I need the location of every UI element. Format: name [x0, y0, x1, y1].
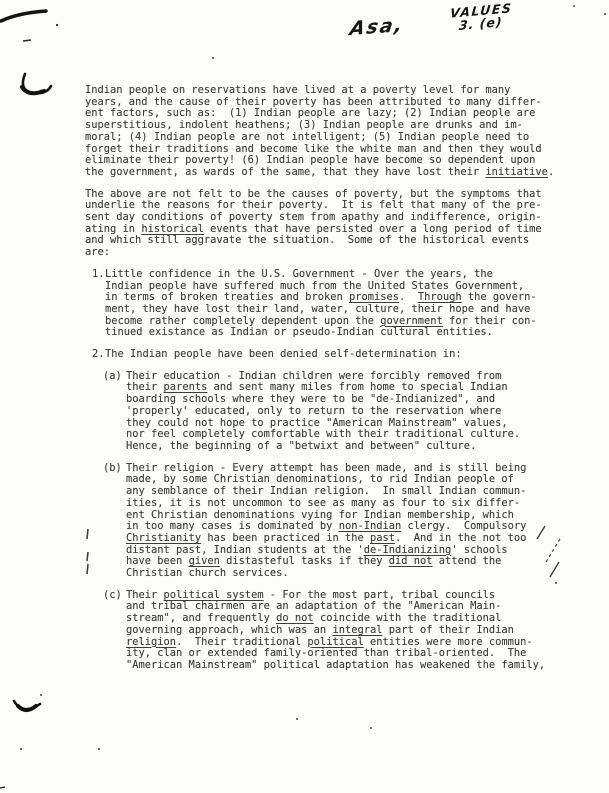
- scan-speck: [604, 13, 606, 15]
- underlined-text: de-Indianizing: [364, 544, 452, 556]
- underlined-text: given: [189, 555, 220, 567]
- numbered-item: 2.The Indian people have been denied sel…: [92, 349, 571, 361]
- underlined-text: initiative: [485, 166, 548, 178]
- text-lines: Their political system - For the most pa…: [126, 590, 571, 672]
- underlined-text: non-Indian: [339, 520, 402, 532]
- text-lines: Their education - Indian children were f…: [126, 371, 571, 453]
- scan-speck: [40, 694, 42, 696]
- text-line: the government, as wards of the same, th…: [85, 167, 571, 179]
- pen-hook-upper-left: [23, 74, 51, 93]
- pen-hook-lower-left: [14, 701, 40, 709]
- lettered-subitem: (c)Their political system - For the most…: [103, 590, 571, 672]
- item-number: 1.: [92, 269, 105, 339]
- pen-hook-upper-left-heavy: [22, 87, 44, 93]
- text-line: and which still aggravate the situation.…: [85, 235, 571, 247]
- scan-speck: [296, 718, 298, 720]
- underlined-text: do not: [276, 612, 314, 624]
- text-line: Little confidence in the U.S. Government…: [105, 269, 571, 281]
- pen-dash-top-left: [23, 40, 31, 41]
- typewritten-text: Indian people on reservations have lived…: [85, 85, 571, 682]
- paragraph: The above are not felt to be the causes …: [85, 189, 571, 259]
- scan-speck: [573, 5, 575, 7]
- text-lines: The above are not felt to be the causes …: [85, 189, 571, 259]
- underlined-text: past: [370, 532, 395, 544]
- text-line: Hence, the beginning of a "betwixt and b…: [126, 441, 571, 453]
- text-line: "American Mainstream" political adaptati…: [126, 660, 571, 672]
- text-line: ment, they have lost their land, water, …: [105, 304, 571, 316]
- text-line: ities, it is not uncommon to see as many…: [126, 498, 571, 510]
- item-letter: (b): [103, 463, 126, 580]
- scanned-document-page: Asa, VALUES 3. (e) Indian people on rese…: [0, 0, 609, 793]
- underlined-text: historical: [141, 223, 204, 235]
- text-lines: Their religion - Every attempt has been …: [126, 463, 571, 580]
- item-letter: (c): [103, 590, 126, 672]
- text-line: are:: [85, 247, 571, 259]
- underlined-text: government: [380, 315, 443, 327]
- underlined-text: did not: [389, 555, 433, 567]
- scan-speck: [98, 748, 100, 750]
- text-line: Christianity has been practiced in the p…: [126, 533, 571, 545]
- text-line: Christian church services.: [126, 568, 571, 580]
- underlined-text: political: [307, 636, 363, 648]
- underlined-text: Through: [418, 291, 462, 303]
- text-lines: Indian people on reservations have lived…: [85, 85, 571, 179]
- scan-speck: [212, 57, 214, 59]
- underlined-text: political system: [164, 589, 264, 601]
- lettered-subitem: (b)Their religion - Every attempt has be…: [103, 463, 571, 580]
- underlined-text: religion: [126, 636, 176, 648]
- item-number: 2.: [92, 349, 105, 361]
- pen-stroke-top-left: [1, 11, 46, 21]
- handwritten-values-number-annotation: 3. (e): [458, 14, 503, 33]
- pen-dot: [56, 24, 58, 26]
- numbered-item: 1.Little confidence in the U.S. Governme…: [92, 269, 571, 339]
- scan-speck: [370, 727, 372, 729]
- corner-mark: [0, 787, 5, 788]
- underlined-text: Christianity: [126, 532, 201, 544]
- underlined-text: parents: [164, 381, 208, 393]
- text-line: moral; (4) Indian people are not intelli…: [85, 132, 571, 144]
- text-line: 'properly' educated, only to return to t…: [126, 406, 571, 418]
- underlined-text: promises: [349, 291, 399, 303]
- text-line: Indian people on reservations have lived…: [85, 85, 571, 97]
- item-letter: (a): [103, 371, 126, 453]
- text-lines: Little confidence in the U.S. Government…: [105, 269, 571, 339]
- handwritten-name-annotation: Asa,: [348, 14, 406, 40]
- text-lines: The Indian people have been denied self-…: [105, 349, 571, 361]
- scan-speck: [20, 748, 22, 750]
- underlined-text: integral: [332, 624, 382, 636]
- paragraph: Indian people on reservations have lived…: [85, 85, 571, 179]
- text-line: The Indian people have been denied self-…: [105, 349, 571, 361]
- pen-hook-lower-left-heavy: [18, 706, 36, 710]
- text-line: tinued existance as Indian or pseudo-Ind…: [105, 327, 571, 339]
- lettered-subitem: (a)Their education - Indian children wer…: [103, 371, 571, 453]
